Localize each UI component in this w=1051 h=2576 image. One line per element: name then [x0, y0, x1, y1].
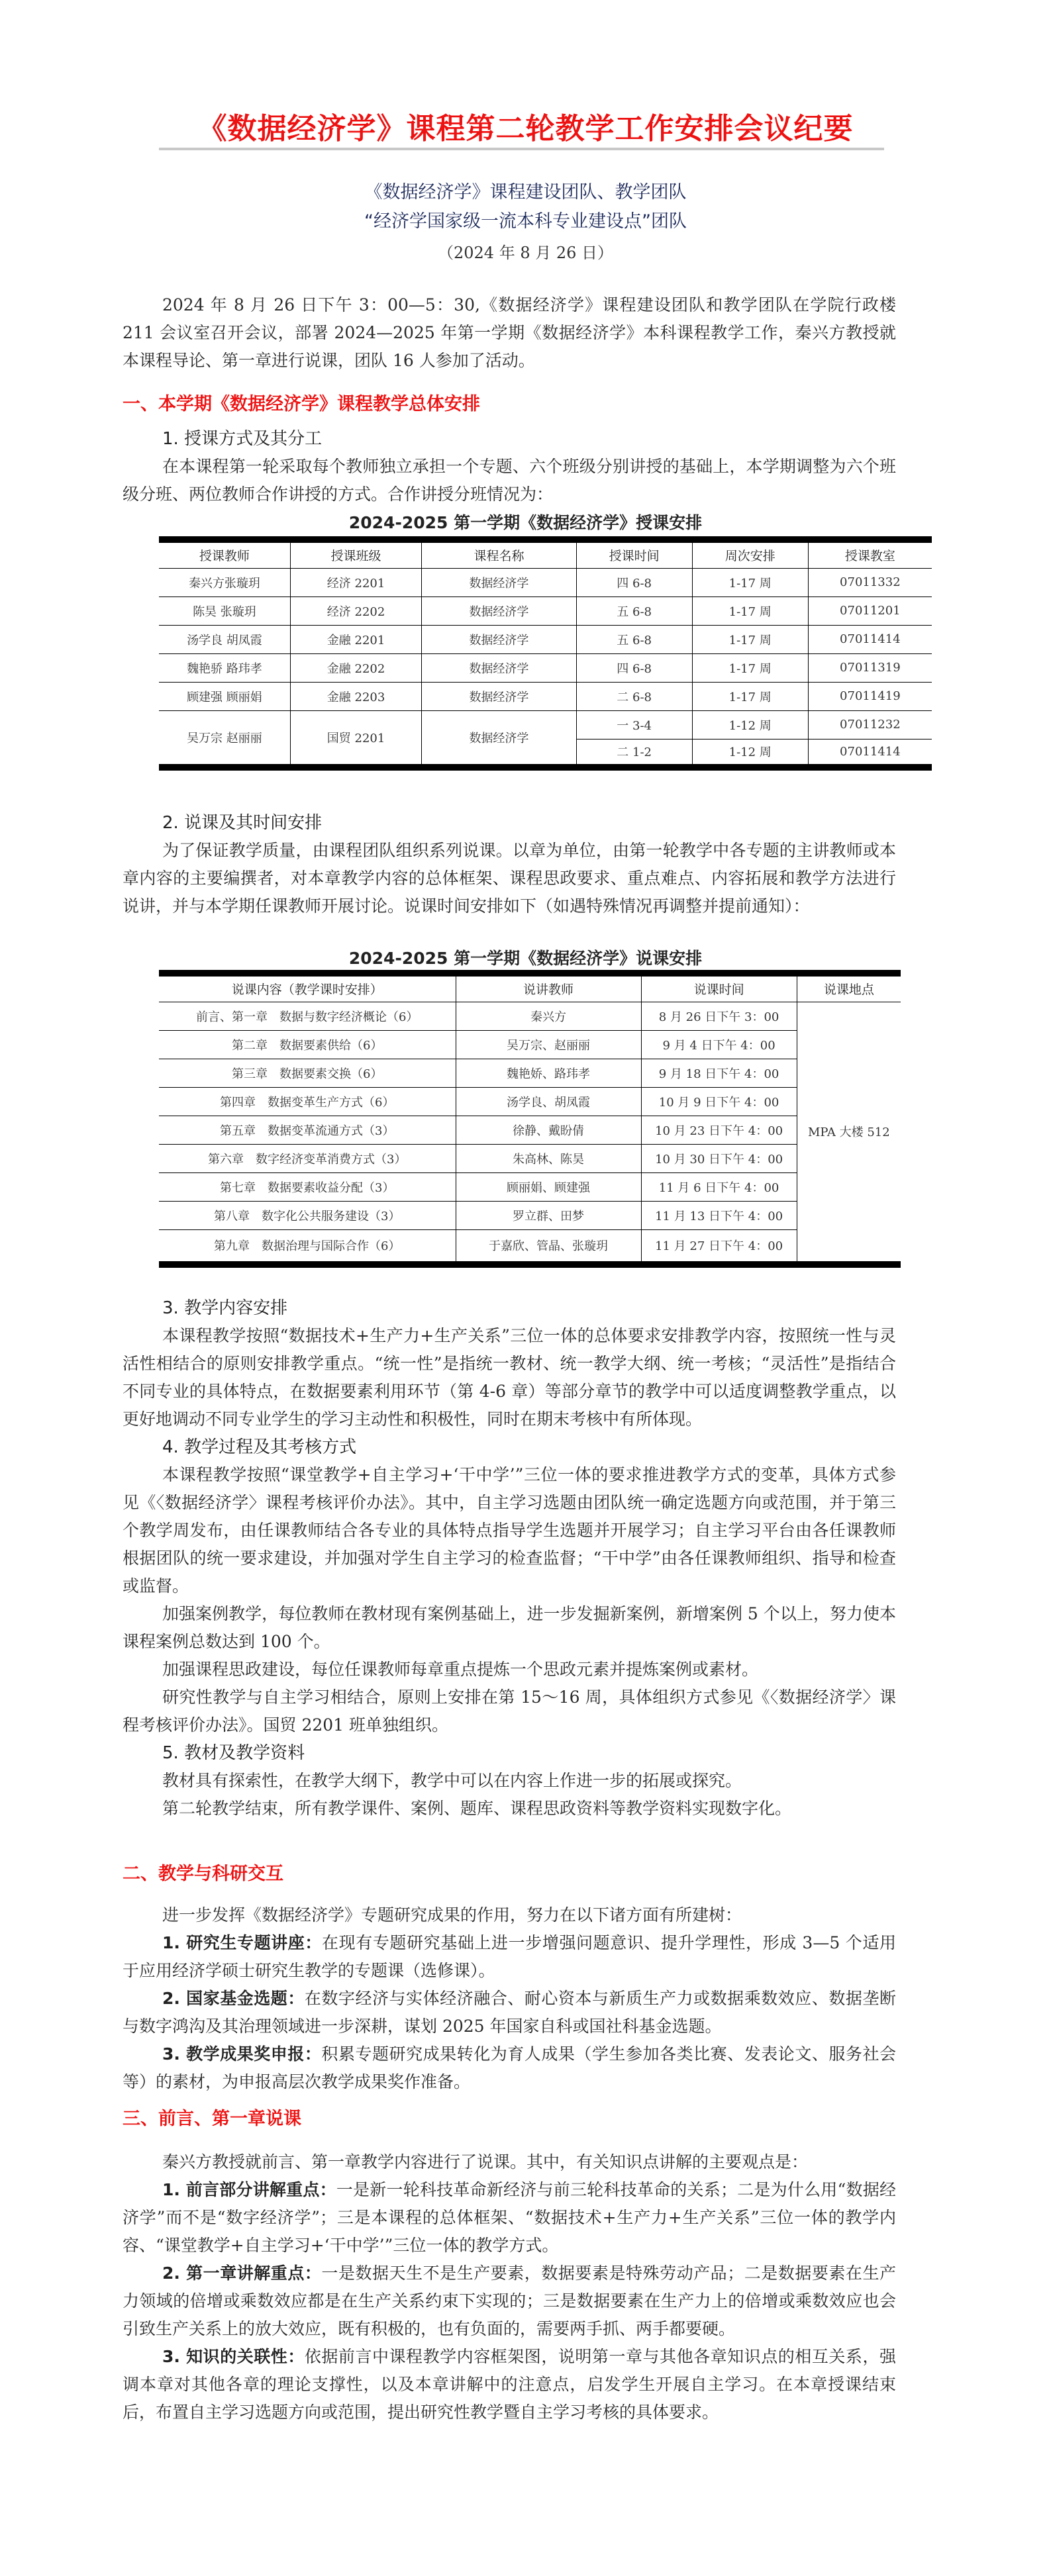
sub-4-heading: 4. 教学过程及其考核方式 [123, 1433, 896, 1461]
sub-5-para: 教材具有探索性，在教学大纲下，教学中可以在内容上作进一步的拓展或探究。 [123, 1767, 896, 1795]
section-2-heading: 二、教学与科研交互 [123, 1859, 283, 1885]
table-row: 吴万宗 赵丽丽 国贸 2201 数据经济学 一 3-4 1-12 周 07011… [159, 710, 932, 739]
cell-location: MPA 大楼 512 [797, 1002, 901, 1264]
col-header: 授课教师 [159, 540, 290, 568]
cell-content: 第五章 数据变革流通方式（3） [159, 1116, 456, 1144]
table-row: 魏艳骄 路玮孝 金融 2202 数据经济学 四 6-8 1-17 周 07011… [159, 653, 932, 682]
sub-4-para: 研究性教学与自主学习相结合，原则上安排在第 15～16 周，具体组织方式参见《〈… [123, 1684, 896, 1739]
lecture-presentation-table: 说课内容（教学课时安排） 说讲教师 说课时间 说课地点 前言、第一章 数据与数字… [159, 970, 901, 1268]
cell-time: 10 月 23 日下午 4：00 [641, 1116, 797, 1144]
sub-4-para: 加强案例教学，每位教师在教材现有案例基础上，进一步发掘新案例，新增案例 5 个以… [123, 1600, 896, 1656]
table-row: 前言、第一章 数据与数字经济概论（6） 秦兴方 8 月 26 日下午 3：00 … [159, 1002, 901, 1030]
col-header: 说课时间 [641, 973, 797, 1002]
cell-time: 10 月 9 日下午 4：00 [641, 1087, 797, 1116]
cell-room: 07011319 [808, 653, 932, 682]
section-2-item: 1. 研究生专题讲座：在现有专题研究基础上进一步增强问题意识、提升学理性，形成 … [123, 1929, 896, 1985]
cell-content: 前言、第一章 数据与数字经济概论（6） [159, 1002, 456, 1030]
cell-time: 9 月 18 日下午 4：00 [641, 1059, 797, 1087]
table-row: 第九章 数据治理与国际合作（6） 于嘉欣、管晶、张璇玥 11 月 27 日下午 … [159, 1229, 901, 1264]
cell-teacher: 顾建强 顾丽娟 [159, 682, 290, 710]
section-3-item: 1. 前言部分讲解重点：一是新一轮科技革命新经济与前三轮科技革命的关系；二是为什… [123, 2176, 896, 2260]
sub-5-para: 第二轮教学结束，所有教学课件、案例、题库、课程思政资料等教学资料实现数字化。 [123, 1795, 896, 1823]
section-3-item: 3. 知识的关联性：依据前言中课程教学内容框架图，说明第一章与其他各章知识点的相… [123, 2343, 896, 2426]
cell-room: 07011332 [808, 568, 932, 596]
sub-3-text: 本课程教学按照“数据技术+生产力+生产关系”三位一体的总体要求安排教学内容，按照… [123, 1322, 896, 1433]
cell-weeks: 1-17 周 [692, 653, 808, 682]
section-2-intro: 进一步发挥《数据经济学》专题研究成果的作用，努力在以下诸方面有所建树： [123, 1901, 896, 1929]
intro-block: 2024 年 8 月 26 日下午 3：00—5：30,《数据经济学》课程建设团… [123, 291, 896, 375]
col-header: 说课地点 [797, 973, 901, 1002]
table-row: 第五章 数据变革流通方式（3） 徐静、戴盼倩 10 月 23 日下午 4：00 [159, 1116, 901, 1144]
cell-course: 数据经济学 [422, 682, 576, 710]
col-header: 说课内容（教学课时安排） [159, 973, 456, 1002]
document-page: 《数据经济学》课程第二轮教学工作安排会议纪要 《数据经济学》课程建设团队、教学团… [0, 0, 1051, 2576]
cell-time: 二 1-2 [576, 739, 692, 767]
cell-content: 第六章 数字经济变革消费方式（3） [159, 1144, 456, 1172]
section-3-body: 秦兴方教授就前言、第一章教学内容进行了说课。其中，有关知识点讲解的主要观点是： … [123, 2148, 896, 2426]
cell-weeks: 1-12 周 [692, 710, 808, 739]
cell-course: 数据经济学 [422, 596, 576, 625]
cell-time: 8 月 26 日下午 3：00 [641, 1002, 797, 1030]
col-header: 授课班级 [290, 540, 421, 568]
table-row: 第四章 数据变革生产方式（6） 汤学良、胡凤霞 10 月 9 日下午 4：00 [159, 1087, 901, 1116]
cell-room: 07011232 [808, 710, 932, 739]
col-header: 说讲教师 [456, 973, 641, 1002]
col-header: 课程名称 [422, 540, 576, 568]
cell-course: 数据经济学 [422, 568, 576, 596]
item-label: 3. 教学成果奖申报： [162, 2044, 321, 2064]
cell-teacher: 汤学良 胡凤霞 [159, 625, 290, 653]
cell-content: 第九章 数据治理与国际合作（6） [159, 1229, 456, 1264]
cell-teacher: 罗立群、田梦 [456, 1201, 641, 1229]
cell-weeks: 1-17 周 [692, 625, 808, 653]
cell-content: 第八章 数字化公共服务建设（3） [159, 1201, 456, 1229]
cell-teacher: 陈昊 张璇玥 [159, 596, 290, 625]
section-2-item: 2. 国家基金选题：在数字经济与实体经济融合、耐心资本与新质生产力或数据乘数效应… [123, 1985, 896, 2040]
cell-teacher: 秦兴方 [456, 1002, 641, 1030]
sub-5-heading: 5. 教材及教学资料 [123, 1739, 896, 1767]
table-row: 第三章 数据要素交换（6） 魏艳娇、路玮孝 9 月 18 日下午 4：00 [159, 1059, 901, 1087]
sub-4-para: 本课程教学按照“课堂教学+自主学习+‘干中学’”三位一体的要求推进教学方式的变革… [123, 1461, 896, 1600]
teaching-schedule-table: 授课教师 授课班级 课程名称 授课时间 周次安排 授课教室 秦兴方张璇玥 经济 … [159, 536, 932, 771]
cell-time: 11 月 27 日下午 4：00 [641, 1229, 797, 1264]
sub-1-heading: 1. 授课方式及其分工 [123, 425, 896, 453]
item-label: 1. 研究生专题讲座： [162, 1933, 322, 1952]
table-row: 顾建强 顾丽娟 金融 2203 数据经济学 二 6-8 1-17 周 07011… [159, 682, 932, 710]
cell-time: 9 月 4 日下午 4：00 [641, 1030, 797, 1059]
cell-time: 11 月 6 日下午 4：00 [641, 1172, 797, 1201]
table-row: 陈昊 张璇玥 经济 2202 数据经济学 五 6-8 1-17 周 070112… [159, 596, 932, 625]
cell-teacher: 魏艳骄 路玮孝 [159, 653, 290, 682]
col-header: 周次安排 [692, 540, 808, 568]
cell-time: 四 6-8 [576, 568, 692, 596]
cell-weeks: 1-17 周 [692, 682, 808, 710]
cell-teacher: 于嘉欣、管晶、张璇玥 [456, 1229, 641, 1264]
section-3-heading: 三、前言、第一章说课 [123, 2104, 301, 2130]
table-row: 秦兴方张璇玥 经济 2201 数据经济学 四 6-8 1-17 周 070113… [159, 568, 932, 596]
cell-time: 二 6-8 [576, 682, 692, 710]
cell-time: 一 3-4 [576, 710, 692, 739]
cell-teacher: 朱高林、陈昊 [456, 1144, 641, 1172]
table-2-caption: 2024-2025 第一学期《数据经济学》说课安排 [0, 945, 1051, 969]
cell-teacher: 顾丽娟、顾建强 [456, 1172, 641, 1201]
cell-class: 金融 2202 [290, 653, 421, 682]
cell-time: 四 6-8 [576, 653, 692, 682]
item-label: 2. 国家基金选题： [162, 1989, 305, 2008]
table-row: 第六章 数字经济变革消费方式（3） 朱高林、陈昊 10 月 30 日下午 4：0… [159, 1144, 901, 1172]
col-header: 授课时间 [576, 540, 692, 568]
cell-content: 第七章 数据要素收益分配（3） [159, 1172, 456, 1201]
table-row: 第二章 数据要素供给（6） 吴万宗、赵丽丽 9 月 4 日下午 4：00 [159, 1030, 901, 1059]
section-2-body: 进一步发挥《数据经济学》专题研究成果的作用，努力在以下诸方面有所建树： 1. 研… [123, 1901, 896, 2096]
cell-teacher: 吴万宗、赵丽丽 [456, 1030, 641, 1059]
table-row: 第七章 数据要素收益分配（3） 顾丽娟、顾建强 11 月 6 日下午 4：00 [159, 1172, 901, 1201]
cell-room: 07011414 [808, 739, 932, 767]
cell-course: 数据经济学 [422, 625, 576, 653]
col-header: 授课教室 [808, 540, 932, 568]
cell-time: 10 月 30 日下午 4：00 [641, 1144, 797, 1172]
cell-teacher: 吴万宗 赵丽丽 [159, 710, 290, 767]
section-3-intro: 秦兴方教授就前言、第一章教学内容进行了说课。其中，有关知识点讲解的主要观点是： [123, 2148, 896, 2176]
cell-weeks: 1-17 周 [692, 596, 808, 625]
subtitle-program: “经济学国家级一流本科专业建设点”团队 [0, 207, 1051, 232]
sub-1-text: 在本课程第一轮采取每个教师独立承担一个专题、六个班级分别讲授的基础上，本学期调整… [123, 453, 896, 508]
cell-time: 五 6-8 [576, 596, 692, 625]
item-label: 2. 第一章讲解重点： [162, 2264, 321, 2283]
cell-time: 五 6-8 [576, 625, 692, 653]
table-1-caption: 2024-2025 第一学期《数据经济学》授课安排 [0, 510, 1051, 534]
sub-4-para: 加强课程思政建设，每位任课教师每章重点提炼一个思政元素并提炼案例或素材。 [123, 1656, 896, 1684]
table-header-row: 说课内容（教学课时安排） 说讲教师 说课时间 说课地点 [159, 973, 901, 1002]
section-1-heading: 一、本学期《数据经济学》课程教学总体安排 [123, 389, 480, 415]
section-1-sub-1: 1. 授课方式及其分工 在本课程第一轮采取每个教师独立承担一个专题、六个班级分别… [123, 425, 896, 508]
item-label: 3. 知识的关联性： [162, 2347, 305, 2366]
cell-teacher: 徐静、戴盼倩 [456, 1116, 641, 1144]
cell-teacher: 汤学良、胡凤霞 [456, 1087, 641, 1116]
section-3-item: 2. 第一章讲解重点：一是数据天生不是生产要素，数据要素是特殊劳动产品；二是数据… [123, 2260, 896, 2343]
sub-2-text: 为了保证教学质量，由课程团队组织系列说课。以章为单位，由第一轮教学中各专题的主讲… [123, 837, 896, 920]
cell-class: 国贸 2201 [290, 710, 421, 767]
meeting-date: （2024 年 8 月 26 日） [0, 240, 1051, 263]
document-title: 《数据经济学》课程第二轮教学工作安排会议纪要 [0, 105, 1051, 147]
cell-weeks: 1-12 周 [692, 739, 808, 767]
cell-content: 第三章 数据要素交换（6） [159, 1059, 456, 1087]
section-1-sub-2: 2. 说课及其时间安排 为了保证教学质量，由课程团队组织系列说课。以章为单位，由… [123, 809, 896, 920]
sub-2-heading: 2. 说课及其时间安排 [123, 809, 896, 837]
cell-class: 经济 2202 [290, 596, 421, 625]
cell-time: 11 月 13 日下午 4：00 [641, 1201, 797, 1229]
intro-paragraph: 2024 年 8 月 26 日下午 3：00—5：30,《数据经济学》课程建设团… [123, 291, 896, 375]
cell-class: 金融 2203 [290, 682, 421, 710]
table-row: 汤学良 胡凤霞 金融 2201 数据经济学 五 6-8 1-17 周 07011… [159, 625, 932, 653]
cell-content: 第二章 数据要素供给（6） [159, 1030, 456, 1059]
table-header-row: 授课教师 授课班级 课程名称 授课时间 周次安排 授课教室 [159, 540, 932, 568]
cell-teacher: 魏艳娇、路玮孝 [456, 1059, 641, 1087]
cell-room: 07011201 [808, 596, 932, 625]
cell-class: 经济 2201 [290, 568, 421, 596]
cell-room: 07011419 [808, 682, 932, 710]
subtitle-team: 《数据经济学》课程建设团队、教学团队 [0, 177, 1051, 203]
title-divider [159, 148, 884, 150]
cell-course: 数据经济学 [422, 710, 576, 767]
cell-weeks: 1-17 周 [692, 568, 808, 596]
sub-3-heading: 3. 教学内容安排 [123, 1294, 896, 1322]
cell-content: 第四章 数据变革生产方式（6） [159, 1087, 456, 1116]
cell-class: 金融 2201 [290, 625, 421, 653]
cell-teacher: 秦兴方张璇玥 [159, 568, 290, 596]
section-1-sub-3: 3. 教学内容安排 本课程教学按照“数据技术+生产力+生产关系”三位一体的总体要… [123, 1294, 896, 1823]
section-2-item: 3. 教学成果奖申报：积累专题研究成果转化为育人成果（学生参加各类比赛、发表论文… [123, 2040, 896, 2096]
cell-room: 07011414 [808, 625, 932, 653]
table-row: 第八章 数字化公共服务建设（3） 罗立群、田梦 11 月 13 日下午 4：00 [159, 1201, 901, 1229]
cell-course: 数据经济学 [422, 653, 576, 682]
item-label: 1. 前言部分讲解重点： [162, 2180, 336, 2199]
